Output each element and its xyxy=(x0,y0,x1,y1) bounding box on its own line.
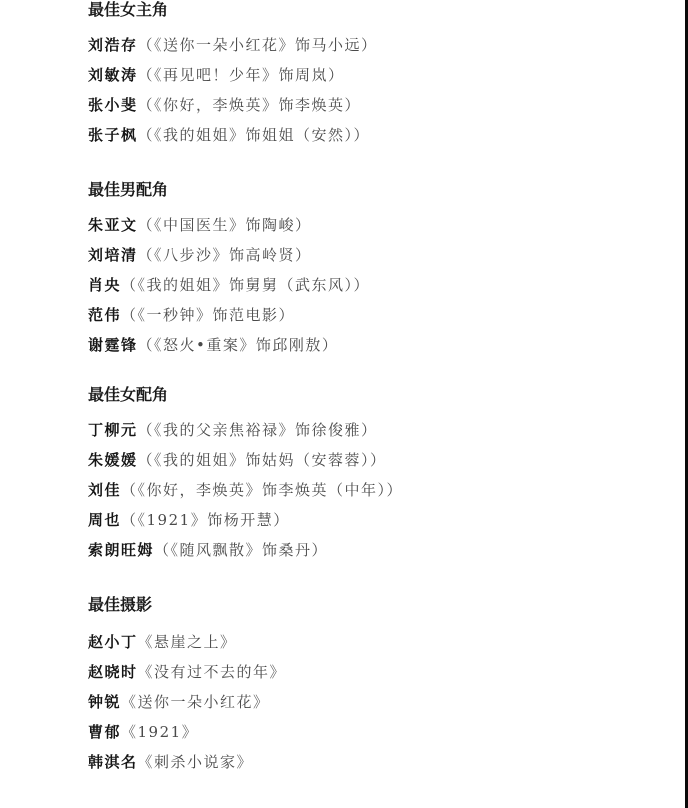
nominee-detail: （《中国医生》饰陶峻） xyxy=(138,216,312,234)
list-item: 刘佳（《你好，李焕英》饰李焕英（中年）） xyxy=(88,475,403,505)
section-best-cinematography: 最佳摄影 赵小丁《悬崖之上》 赵晓时《没有过不去的年》 钟锐《送你一朵小红花》 … xyxy=(88,595,286,777)
nominee-name: 朱亚文 xyxy=(88,216,138,234)
list-item: 刘浩存（《送你一朵小红花》饰马小远） xyxy=(88,30,378,60)
list-item: 朱亚文（《中国医生》饰陶峻） xyxy=(88,210,370,240)
list-item: 丁柳元（《我的父亲焦裕禄》饰徐俊雅） xyxy=(88,415,403,445)
section-heading: 最佳摄影 xyxy=(88,595,286,615)
section-heading: 最佳女主角 xyxy=(88,0,378,20)
nominee-detail: （《你好，李焕英》饰李焕英（中年）） xyxy=(121,481,403,499)
nominee-detail: （《我的姐姐》饰姐姐（安然）） xyxy=(138,126,371,144)
section-heading: 最佳女配角 xyxy=(88,385,403,405)
section-best-supporting-actor: 最佳男配角 朱亚文（《中国医生》饰陶峻） 刘培清（《八步沙》饰高岭贤） 肖央（《… xyxy=(88,180,370,360)
list-item: 赵晓时《没有过不去的年》 xyxy=(88,657,286,687)
list-item: 范伟（《一秒钟》饰范电影） xyxy=(88,300,370,330)
nominee-name: 肖央 xyxy=(88,276,121,294)
nominee-detail: （《1921》饰杨开慧） xyxy=(121,511,290,529)
nominee-name: 周也 xyxy=(88,511,121,529)
nominee-detail: （《怒火•重案》饰邱刚敖） xyxy=(138,336,339,354)
list-item: 刘培清（《八步沙》饰高岭贤） xyxy=(88,240,370,270)
nominee-name: 范伟 xyxy=(88,306,121,324)
nominee-detail: （《送你一朵小红花》饰马小远） xyxy=(138,36,378,54)
nominee-detail: 《悬崖之上》 xyxy=(138,633,237,651)
nominee-name: 谢霆锋 xyxy=(88,336,138,354)
list-item: 韩淇名《刺杀小说家》 xyxy=(88,747,286,777)
nominee-detail: （《我的姐姐》饰舅舅（武东风）） xyxy=(121,276,370,294)
section-best-actress: 最佳女主角 刘浩存（《送你一朵小红花》饰马小远） 刘敏涛（《再见吧！少年》饰周岚… xyxy=(88,0,378,150)
nominee-detail: （《我的姐姐》饰姑妈（安蓉蓉）） xyxy=(138,451,387,469)
list-item: 赵小丁《悬崖之上》 xyxy=(88,627,286,657)
nominee-name: 钟锐 xyxy=(88,693,121,711)
list-item: 周也（《1921》饰杨开慧） xyxy=(88,505,403,535)
nominee-detail: （《我的父亲焦裕禄》饰徐俊雅） xyxy=(138,421,378,439)
nominee-name: 赵小丁 xyxy=(88,633,138,651)
nominee-detail: 《刺杀小说家》 xyxy=(138,753,254,771)
document-page: 最佳女主角 刘浩存（《送你一朵小红花》饰马小远） 刘敏涛（《再见吧！少年》饰周岚… xyxy=(0,0,685,808)
nominee-detail: （《再见吧！少年》饰周岚） xyxy=(138,66,345,84)
nominee-detail: （《一秒钟》饰范电影） xyxy=(121,306,295,324)
nominee-name: 曹郁 xyxy=(88,723,121,741)
list-item: 肖央（《我的姐姐》饰舅舅（武东风）） xyxy=(88,270,370,300)
nominee-name: 张小斐 xyxy=(88,96,138,114)
nominee-name: 韩淇名 xyxy=(88,753,138,771)
nominee-name: 刘佳 xyxy=(88,481,121,499)
list-item: 谢霆锋（《怒火•重案》饰邱刚敖） xyxy=(88,330,370,360)
list-item: 张子枫（《我的姐姐》饰姐姐（安然）） xyxy=(88,120,378,150)
nominee-name: 刘培清 xyxy=(88,246,138,264)
list-item: 曹郁《1921》 xyxy=(88,717,286,747)
list-item: 朱媛媛（《我的姐姐》饰姑妈（安蓉蓉）） xyxy=(88,445,403,475)
section-heading: 最佳男配角 xyxy=(88,180,370,200)
nominee-name: 赵晓时 xyxy=(88,663,138,681)
list-item: 钟锐《送你一朵小红花》 xyxy=(88,687,286,717)
nominee-name: 索朗旺姆 xyxy=(88,541,154,559)
nominee-name: 朱媛媛 xyxy=(88,451,138,469)
nominee-detail: 《1921》 xyxy=(121,723,198,741)
nominee-detail: （《你好，李焕英》饰李焕英） xyxy=(138,96,362,114)
nominee-detail: （《随风飘散》饰桑丹） xyxy=(154,541,328,559)
list-item: 索朗旺姆（《随风飘散》饰桑丹） xyxy=(88,535,403,565)
section-best-supporting-actress: 最佳女配角 丁柳元（《我的父亲焦裕禄》饰徐俊雅） 朱媛媛（《我的姐姐》饰姑妈（安… xyxy=(88,385,403,565)
nominee-name: 丁柳元 xyxy=(88,421,138,439)
nominee-detail: 《送你一朵小红花》 xyxy=(121,693,270,711)
list-item: 张小斐（《你好，李焕英》饰李焕英） xyxy=(88,90,378,120)
nominee-name: 刘浩存 xyxy=(88,36,138,54)
nominee-name: 刘敏涛 xyxy=(88,66,138,84)
nominee-name: 张子枫 xyxy=(88,126,138,144)
nominee-detail: （《八步沙》饰高岭贤） xyxy=(138,246,312,264)
nominee-detail: 《没有过不去的年》 xyxy=(138,663,287,681)
list-item: 刘敏涛（《再见吧！少年》饰周岚） xyxy=(88,60,378,90)
